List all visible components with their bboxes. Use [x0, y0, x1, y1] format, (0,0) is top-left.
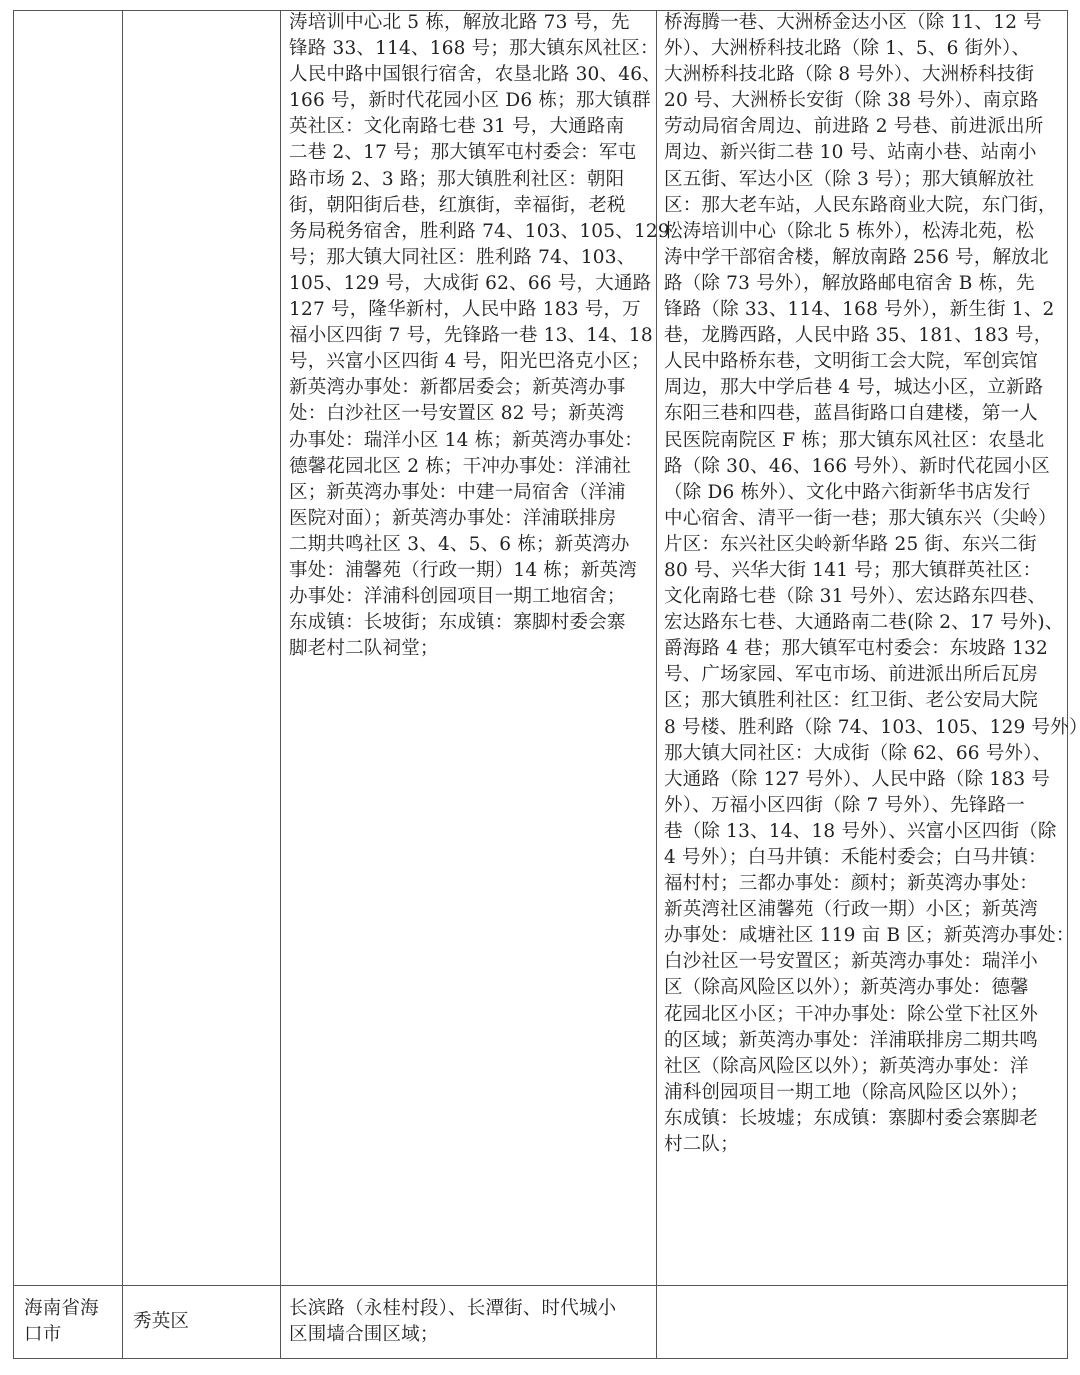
- row2-medium-risk-areas-cell: 长滨路（永桂村段）、长潭街、时代城小 区围墙合围区域；: [289, 1296, 616, 1348]
- area-line: 长滨路（永桂村段）、长潭街、时代城小: [289, 1296, 616, 1322]
- area-line: 105、129 号，大成街 62、66 号，大通路: [289, 271, 670, 297]
- area-line: 片区：东兴社区尖岭新华路 25 街、东兴二街: [664, 532, 1080, 558]
- area-line: 二巷 2、17 号；那大镇军屯村委会：军屯: [289, 140, 670, 166]
- area-line: 中心宿舍、清平一街一巷；那大镇东兴（尖岭）: [664, 506, 1080, 532]
- area-line: 巷（除 13、14、18 号外）、兴富小区四街（除: [664, 819, 1080, 845]
- area-line: 那大镇大同社区：大成街（除 62、66 号外）、: [664, 741, 1080, 767]
- area-line: 医院对面）；新英湾办事处：洋浦联排房: [289, 506, 670, 532]
- province-city-line: 海南省海: [24, 1296, 99, 1322]
- area-line: 浦科创园项目一期工地（除高风险区以外）；: [664, 1080, 1080, 1106]
- area-line: 外）、万福小区四街（除 7 号外）、先锋路一: [664, 793, 1080, 819]
- row1-medium-risk-areas-cell: 涛培训中心北 5 栋，解放北路 73 号，先锋路 33、114、168 号；那大…: [289, 10, 670, 662]
- area-line: 号、广场家园、军屯市场、前进派出所后瓦房: [664, 662, 1080, 688]
- area-line: 办事处：咸塘社区 119 亩 B 区；新英湾办事处：: [664, 923, 1080, 949]
- row1-low-risk-areas-cell: 桥海腾一巷、大洲桥金达小区（除 11、12 号外）、大洲桥科技北路（除 1、5、…: [664, 10, 1080, 1158]
- area-line: 德馨花园北区 2 栋；干冲办事处：洋浦社: [289, 454, 670, 480]
- area-line: 福小区四街 7 号，先锋路一巷 13、14、18: [289, 323, 670, 349]
- area-line: 大通路（除 127 号外）、人民中路（除 183 号: [664, 767, 1080, 793]
- area-line: 区五街、军达小区（除 3 号）；那大镇解放社: [664, 167, 1080, 193]
- area-line: 127 号，隆华新村，人民中路 183 号，万: [289, 297, 670, 323]
- area-line: 外）、大洲桥科技北路（除 1、5、6 街外）、: [664, 36, 1080, 62]
- area-line: 英社区：文化南路七巷 31 号，大通路南: [289, 114, 670, 140]
- area-line: 区；新英湾办事处：中建一局宿舍（洋浦: [289, 480, 670, 506]
- area-line: 区；那大镇胜利社区：红卫街、老公安局大院: [664, 688, 1080, 714]
- area-line: 脚老村二队祠堂；: [289, 636, 670, 662]
- area-line: 花园北区小区；干冲办事处：除公堂下社区外: [664, 1002, 1080, 1028]
- area-line: 涛中学干部宿舍楼，解放南路 256 号，解放北: [664, 245, 1080, 271]
- area-line: 办事处：洋浦科创园项目一期工地宿舍；: [289, 584, 670, 610]
- area-line: 80 号、兴华大街 141 号；那大镇群英社区：: [664, 558, 1080, 584]
- area-line: 劳动局宿舍周边、前进路 2 号巷、前进派出所: [664, 114, 1080, 140]
- area-line: 区围墙合围区域；: [289, 1322, 616, 1348]
- area-line: 处：白沙社区一号安置区 82 号；新英湾: [289, 401, 670, 427]
- area-line: 福村村；三都办事处：颜村；新英湾办事处：: [664, 871, 1080, 897]
- area-line: （除 D6 栋外）、文化中路六街新华书店发行: [664, 480, 1080, 506]
- area-line: 宏达路东七巷、大通路南二巷(除 2、17 号外)、: [664, 610, 1080, 636]
- province-city-line: 口市: [24, 1322, 99, 1348]
- area-line: 新英湾办事处：新都居委会；新英湾办事: [289, 375, 670, 401]
- area-line: 巷，龙腾西路，人民中路 35、181、183 号，: [664, 323, 1080, 349]
- column-divider-2: [280, 10, 281, 1359]
- area-line: 务局税务宿舍，胜利路 74、103、105、129: [289, 219, 670, 245]
- row-divider: [13, 1285, 1068, 1286]
- area-line: 周边，那大中学后巷 4 号，城达小区，立新路: [664, 375, 1080, 401]
- area-line: 人民中路桥东巷，文明街工会大院，军创宾馆: [664, 349, 1080, 375]
- area-line: 松涛培训中心（除北 5 栋外），松涛北苑，松: [664, 219, 1080, 245]
- district-name: 秀英区: [133, 1309, 189, 1335]
- area-line: 锋路（除 33、114、168 号外），新生街 1、2: [664, 297, 1080, 323]
- area-line: 锋路 33、114、168 号；那大镇东风社区：: [289, 36, 670, 62]
- row2-district-cell: 秀英区: [133, 1309, 189, 1335]
- area-line: 8 号楼、胜利路（除 74、103、105、129 号外）；: [664, 715, 1080, 741]
- area-line: 路市场 2、3 路；那大镇胜利社区：朝阳: [289, 167, 670, 193]
- column-divider-1: [122, 10, 123, 1359]
- area-line: 二期共鸣社区 3、4、5、6 栋；新英湾办: [289, 532, 670, 558]
- area-line: 大洲桥科技北路（除 8 号外）、大洲桥科技街: [664, 62, 1080, 88]
- area-line: 路（除 30、46、166 号外）、新时代花园小区: [664, 454, 1080, 480]
- area-line: 号，兴富小区四街 4 号，阳光巴洛克小区；: [289, 349, 670, 375]
- area-line: 村二队；: [664, 1132, 1080, 1158]
- area-line: 东阳三巷和四巷，蓝昌街路口自建楼，第一人: [664, 401, 1080, 427]
- area-line: 事处：浦馨苑（行政一期）14 栋；新英湾: [289, 558, 670, 584]
- area-line: 新英湾社区浦馨苑（行政一期）小区；新英湾: [664, 897, 1080, 923]
- area-line: 社区（除高风险区以外）；新英湾办事处：洋: [664, 1054, 1080, 1080]
- area-line: 民医院南院区 F 栋；那大镇东风社区：农垦北: [664, 428, 1080, 454]
- area-line: 东成镇：长坡墟；东成镇：寨脚村委会寨脚老: [664, 1106, 1080, 1132]
- area-line: 路（除 73 号外），解放路邮电宿舍 B 栋，先: [664, 271, 1080, 297]
- area-line: 166 号，新时代花园小区 D6 栋；那大镇群: [289, 88, 670, 114]
- area-line: 白沙社区一号安置区；新英湾办事处：瑞洋小: [664, 949, 1080, 975]
- area-line: 的区域；新英湾办事处：洋浦联排房二期共鸣: [664, 1028, 1080, 1054]
- area-line: 爵海路 4 巷；那大镇军屯村委会：东坡路 132: [664, 636, 1080, 662]
- area-line: 号；那大镇大同社区：胜利路 74、103、: [289, 245, 670, 271]
- area-line: 区（除高风险区以外）；新英湾办事处：德馨: [664, 975, 1080, 1001]
- area-line: 街，朝阳街后巷，红旗街，幸福街，老税: [289, 193, 670, 219]
- area-line: 人民中路中国银行宿舍，农垦北路 30、46、: [289, 62, 670, 88]
- area-line: 区：那大老车站，人民东路商业大院，东门街，: [664, 193, 1080, 219]
- area-line: 桥海腾一巷、大洲桥金达小区（除 11、12 号: [664, 10, 1080, 36]
- area-line: 办事处：瑞洋小区 14 栋；新英湾办事处：: [289, 428, 670, 454]
- area-line: 20 号、大洲桥长安街（除 38 号外）、南京路: [664, 88, 1080, 114]
- area-line: 东成镇：长坡街；东成镇：寨脚村委会寨: [289, 610, 670, 636]
- area-line: 周边、新兴街二巷 10 号、站南小巷、站南小: [664, 140, 1080, 166]
- row2-province-city-cell: 海南省海 口市: [24, 1296, 99, 1348]
- area-line: 涛培训中心北 5 栋，解放北路 73 号，先: [289, 10, 670, 36]
- area-line: 文化南路七巷（除 31 号外）、宏达路东四巷、: [664, 584, 1080, 610]
- area-line: 4 号外）；白马井镇：禾能村委会；白马井镇：: [664, 845, 1080, 871]
